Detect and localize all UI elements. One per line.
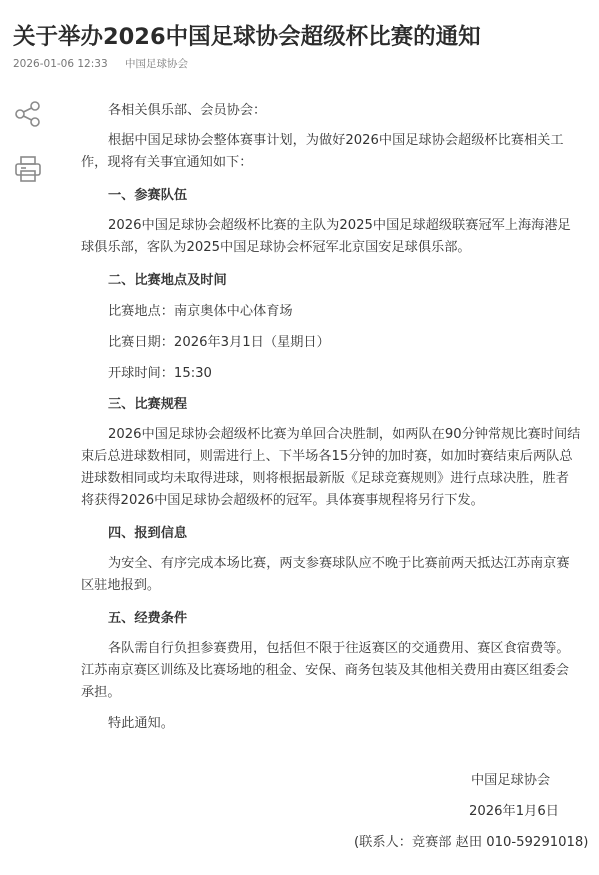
article-title: 关于举办2026中国足球协会超级杯比赛的通知 bbox=[13, 19, 481, 51]
closing-remark: 特此通知。 bbox=[108, 713, 582, 735]
section-heading-3: 三、比赛规程 bbox=[108, 394, 582, 416]
kickoff-time: 开球时间：15:30 bbox=[108, 363, 582, 385]
section-4-paragraph: 为安全、有序完成本场比赛，两支参赛球队应不晚于比赛前两天抵达江苏南京赛区驻地报到… bbox=[81, 553, 582, 597]
signature-contact: (联系人：竞赛部 赵田 010-59291018) bbox=[354, 831, 588, 850]
salutation: 各相关俱乐部、会员协会： bbox=[108, 100, 582, 122]
section-heading-4: 四、报到信息 bbox=[108, 523, 582, 545]
article-source: 中国足球协会 bbox=[125, 58, 188, 70]
intro-paragraph: 根据中国足球协会整体赛事计划，为做好2026中国足球协会超级杯比赛相关工作，现将… bbox=[81, 130, 582, 174]
publish-date: 2026-01-06 12:33 bbox=[13, 58, 108, 70]
article-body: 各相关俱乐部、会员协会： 根据中国足球协会整体赛事计划，为做好2026中国足球协… bbox=[108, 100, 582, 743]
section-5-paragraph: 各队需自行负担参赛费用，包括但不限于往返赛区的交通费用、赛区食宿费等。江苏南京赛… bbox=[81, 638, 582, 704]
match-date: 比赛日期：2026年3月1日（星期日） bbox=[108, 332, 582, 354]
section-3-paragraph: 2026中国足球协会超级杯比赛为单回合决胜制，如两队在90分钟常规比赛时间结束后… bbox=[81, 424, 582, 512]
section-1-paragraph: 2026中国足球协会超级杯比赛的主队为2025中国足球超级联赛冠军上海海港足球俱… bbox=[81, 215, 582, 259]
match-venue: 比赛地点：南京奥体中心体育场 bbox=[108, 301, 582, 323]
section-heading-1: 一、参赛队伍 bbox=[108, 185, 582, 207]
article-meta: 2026-01-06 12:33 中国足球协会 bbox=[13, 56, 188, 71]
section-heading-5: 五、经费条件 bbox=[108, 608, 582, 630]
signature-org: 中国足球协会 bbox=[471, 769, 550, 788]
print-icon[interactable] bbox=[13, 154, 43, 184]
signature-date: 2026年1月6日 bbox=[469, 800, 559, 819]
section-heading-2: 二、比赛地点及时间 bbox=[108, 270, 582, 292]
share-icon[interactable] bbox=[13, 99, 43, 129]
